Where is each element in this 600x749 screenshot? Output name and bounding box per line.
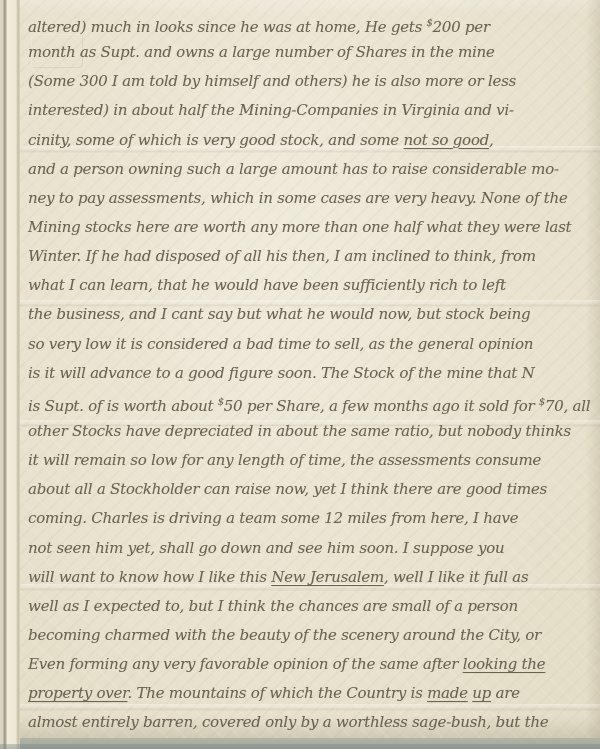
text-segment: not seen him yet, shall go down and see …: [28, 539, 504, 557]
text-segment: 50 per Share, a few months ago it sold f…: [224, 397, 539, 415]
underlined-phrase: made: [427, 684, 468, 702]
text-segment: what I can learn, that he would have bee…: [28, 276, 506, 294]
handwritten-line: other Stocks have depreciated in about t…: [28, 417, 596, 446]
text-segment: the business, and I cant say but what he…: [28, 305, 530, 323]
handwritten-line: is it will advance to a good figure soon…: [28, 359, 596, 388]
underlined-phrase: New Jerusalem: [271, 568, 384, 586]
scanned-letter: altered) much in looks since he was at h…: [0, 0, 600, 749]
text-segment: so very low it is considered a bad time …: [28, 335, 533, 353]
bottom-edge-shadow: [0, 744, 600, 749]
underlined-phrase: looking the: [463, 655, 546, 673]
text-segment: is it will advance to a good figure soon…: [28, 364, 534, 382]
text-segment: 70, all: [545, 397, 590, 415]
underlined-phrase: up: [472, 684, 491, 702]
text-segment: it will remain so low for any length of …: [28, 451, 541, 469]
handwritten-line: it will remain so low for any length of …: [28, 446, 596, 475]
text-segment: ,: [489, 131, 494, 149]
handwritten-line: the business, and I cant say but what he…: [28, 300, 596, 329]
handwritten-line: property over. The mountains of which th…: [28, 679, 596, 708]
handwritten-line: Even forming any very favorable opinion …: [28, 650, 596, 679]
text-segment: other Stocks have depreciated in about t…: [28, 422, 571, 440]
handwritten-line: will want to know how I like this New Je…: [28, 563, 596, 592]
handwritten-line: Mining stocks here are worth any more th…: [28, 213, 596, 242]
text-segment: (Some 300 I am told by himself and other…: [28, 72, 516, 90]
handwritten-line: ney to pay assessments, which in some ca…: [28, 184, 596, 213]
text-segment: will want to know how I like this: [28, 568, 271, 586]
letter-lines: altered) much in looks since he was at h…: [28, 9, 596, 738]
text-segment: . The mountains of which the Country is: [127, 684, 427, 702]
text-segment: altered) much in looks since he was at h…: [28, 18, 427, 36]
text-segment: month as Supt. and owns a large number o…: [28, 43, 495, 61]
handwritten-line: altered) much in looks since he was at h…: [28, 9, 596, 38]
letter-paper: altered) much in looks since he was at h…: [19, 0, 600, 738]
handwritten-line: interested) in about half the Mining-Com…: [28, 96, 596, 125]
text-segment: interested) in about half the Mining-Com…: [28, 101, 514, 119]
text-segment: well as I expected to, but I think the c…: [28, 597, 518, 615]
text-segment: almost entirely barren, covered only by …: [28, 713, 548, 731]
page-edge: [0, 0, 20, 749]
text-segment: Winter. If he had disposed of all his th…: [28, 247, 536, 265]
underlined-phrase: not so good: [403, 131, 489, 149]
text-segment: about all a Stockholder can raise now, y…: [28, 480, 547, 498]
handwritten-line: coming. Charles is driving a team some 1…: [28, 504, 596, 533]
handwritten-line: Winter. If he had disposed of all his th…: [28, 242, 596, 271]
text-segment: becoming charmed with the beauty of the …: [28, 626, 541, 644]
handwritten-line: about all a Stockholder can raise now, y…: [28, 475, 596, 504]
handwritten-line: and a person owning such a large amount …: [28, 155, 596, 184]
handwritten-line: what I can learn, that he would have bee…: [28, 271, 596, 300]
handwritten-line: (Some 300 I am told by himself and other…: [28, 67, 596, 96]
text-segment: coming. Charles is driving a team some 1…: [28, 509, 518, 527]
handwritten-line: cinity, some of which is very good stock…: [28, 126, 596, 155]
underlined-phrase: property over: [28, 684, 127, 702]
handwritten-line: is Supt. of is worth about $50 per Share…: [28, 388, 596, 417]
handwritten-line: becoming charmed with the beauty of the …: [28, 621, 596, 650]
handwritten-line: so very low it is considered a bad time …: [28, 330, 596, 359]
text-segment: Mining stocks here are worth any more th…: [28, 218, 571, 236]
handwritten-line: month as Supt. and owns a large number o…: [28, 38, 596, 67]
text-segment: are: [491, 684, 520, 702]
text-segment: ney to pay assessments, which in some ca…: [28, 189, 567, 207]
text-segment: cinity, some of which is very good stock…: [28, 131, 403, 149]
text-segment: 200 per: [433, 18, 490, 36]
text-segment: Even forming any very favorable opinion …: [28, 655, 463, 673]
handwritten-line: not seen him yet, shall go down and see …: [28, 534, 596, 563]
text-segment: and a person owning such a large amount …: [28, 160, 559, 178]
handwritten-line: almost entirely barren, covered only by …: [28, 708, 596, 737]
text-segment: , well I like it full as: [384, 568, 528, 586]
text-segment: is Supt. of is worth about: [28, 397, 218, 415]
handwritten-line: well as I expected to, but I think the c…: [28, 592, 596, 621]
